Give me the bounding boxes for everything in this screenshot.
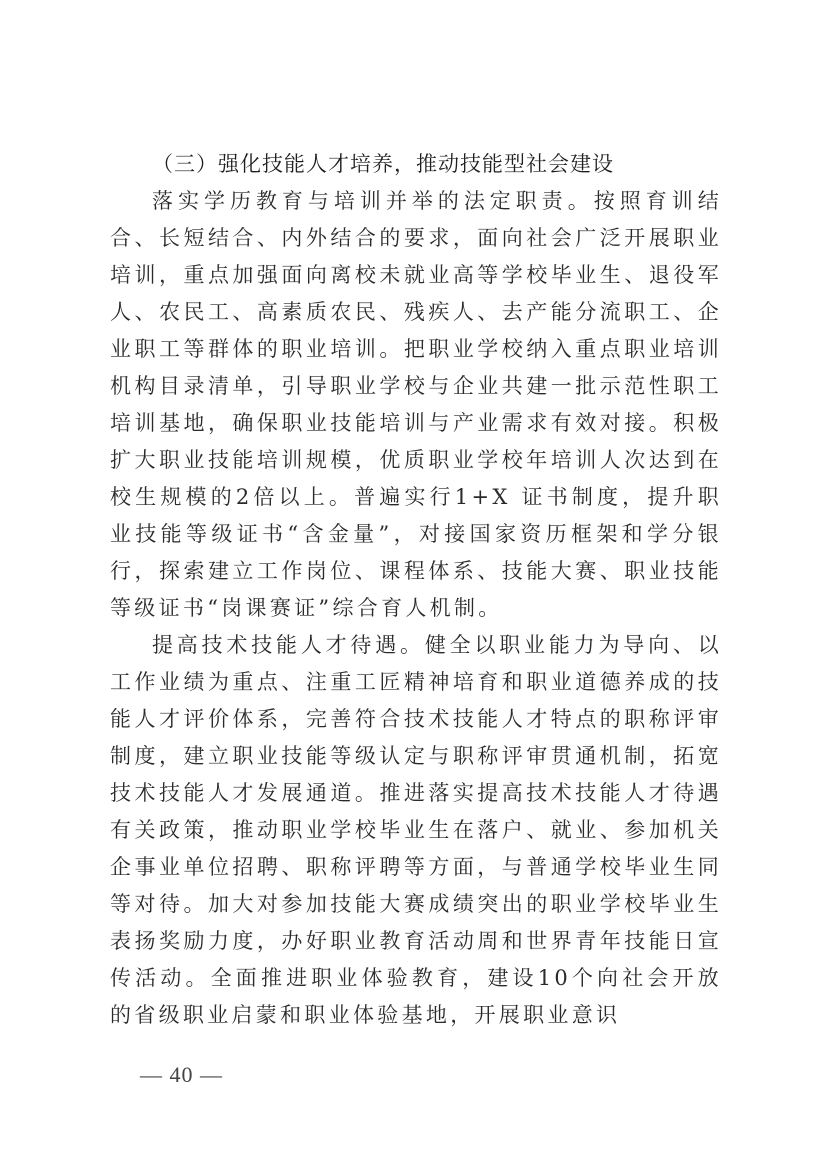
page-number: — 40 — [140, 1062, 223, 1088]
section-heading: （三）强化技能人才培养，推动技能型社会建设 [110, 146, 722, 183]
document-body: （三）强化技能人才培养，推动技能型社会建设 落实学历教育与培训并举的法定职责。按… [110, 146, 722, 1034]
paragraph-training-duties: 落实学历教育与培训并举的法定职责。按照育训结合、长短结合、内外结合的要求，面向社… [110, 183, 722, 627]
document-page: （三）强化技能人才培养，推动技能型社会建设 落实学历教育与培训并举的法定职责。按… [0, 0, 826, 1169]
paragraph-talent-treatment: 提高技术技能人才待遇。健全以职业能力为导向、以工作业绩为重点、注重工匠精神培育和… [110, 627, 722, 1034]
